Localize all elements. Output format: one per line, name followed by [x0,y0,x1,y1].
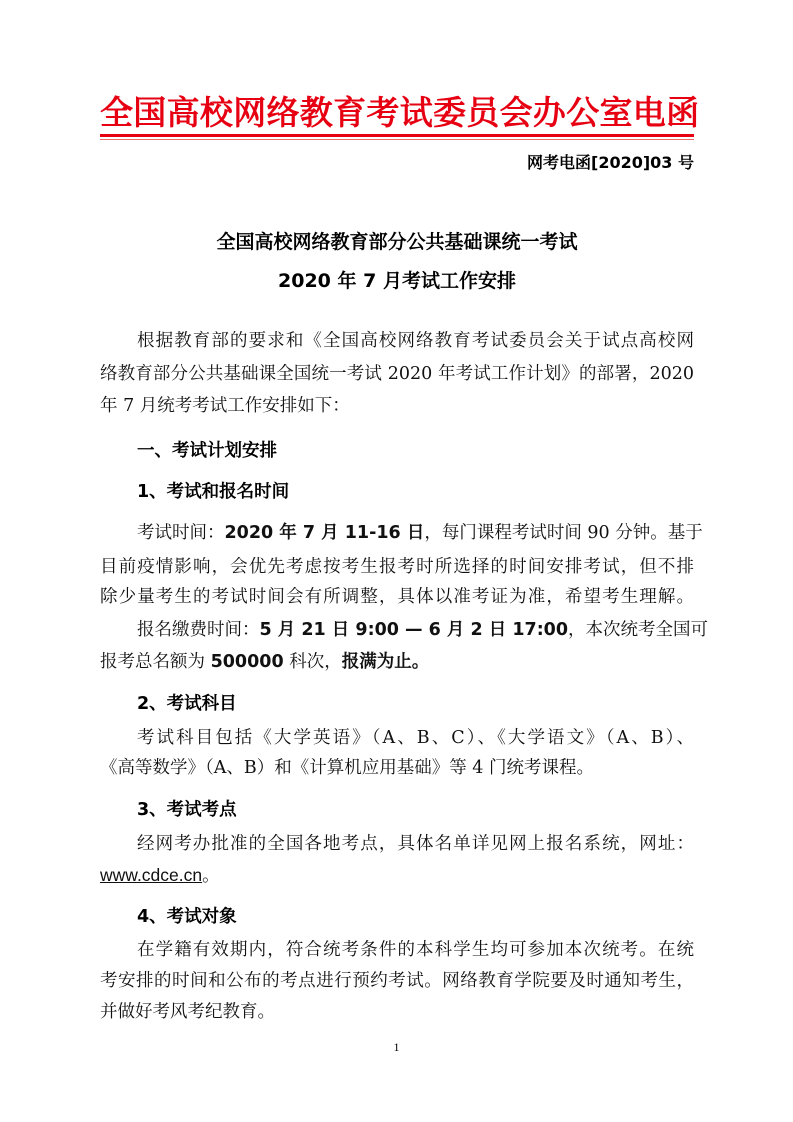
registration-quota-label: 报考总名额为 [100,652,211,672]
subsection-heading-time: 1、考试和报名时间 [137,477,289,507]
registration-line: 报名缴费时间：5 月 21 日 9:00 — 6 月 2 日 17:00，本次统… [100,615,694,645]
url-suffix: 。 [202,866,220,886]
intro-line: 根据教育部的要求和《全国高校网络教育考试委员会关于试点高校网 [100,326,694,356]
registration-label: 报名缴费时间： [137,620,260,640]
registration-text: ，本次统考全国可 [568,620,708,640]
exam-time-line: 除少量考生的考试时间会有所调整，具体以准考证为准，希望考生理解。 [100,582,694,612]
candidates-line: 并做好考风考纪教育。 [100,997,694,1027]
exam-dates: 2020 年 7 月 11-16 日 [225,523,425,543]
section-heading-plan: 一、考试计划安排 [137,436,277,466]
subsection-heading-candidates: 4、考试对象 [137,902,237,932]
intro-line: 年 7 月统考考试工作安排如下： [100,391,694,421]
letterhead-title: 全国高校网络教育考试委员会办公室电函 [100,92,694,134]
letterhead-rule-thick [100,134,694,137]
subsection-heading-locations: 3、考试考点 [137,795,237,825]
exam-time-text: ，每门课程考试时间 90 分钟。基于 [424,523,702,543]
letterhead-rule-thin [100,139,694,140]
subjects-line: 考试科目包括《大学英语》（A、B、C）、《大学语文》（A、B）、 [100,723,694,753]
registration-unit: 科次， [284,652,342,672]
subsection-heading-subjects: 2、考试科目 [137,689,237,719]
document-title-line2: 2020 年 7 月考试工作安排 [100,266,694,296]
document-number: 网考电函[2020]03 号 [527,150,694,176]
candidates-line: 考安排的时间和公布的考点进行预约考试。网络教育学院要及时通知考生， [100,966,694,996]
exam-time-line: 目前疫情影响，会优先考虑按考生报考时所选择的时间安排考试，但不排 [100,552,694,582]
registration-period: 5 月 21 日 9:00 — 6 月 2 日 17:00 [260,620,569,640]
locations-line: 经网考办批准的全国各地考点，具体名单详见网上报名系统，网址： [100,829,694,859]
locations-url-line: www.cdce.cn。 [100,860,694,890]
website-link[interactable]: www.cdce.cn [100,865,202,885]
subjects-line: 《高等数学》（A、B）和《计算机应用基础》等 4 门统考课程。 [100,753,694,783]
page-number: 1 [0,1040,793,1055]
exam-time-line: 考试时间：2020 年 7 月 11-16 日，每门课程考试时间 90 分钟。基… [100,518,694,548]
intro-line: 络教育部分公共基础课全国统一考试 2020 年考试工作计划》的部署，2020 [100,359,694,389]
document-page: 全国高校网络教育考试委员会办公室电函 网考电函[2020]03 号 全国高校网络… [0,0,793,1122]
candidates-line: 在学籍有效期内，符合统考条件的本科学生均可参加本次统考。在统 [100,935,694,965]
exam-time-label: 考试时间： [137,523,225,543]
registration-line: 报考总名额为 500000 科次，报满为止。 [100,647,694,677]
registration-note: 报满为止。 [342,652,430,672]
document-title-line1: 全国高校网络教育部分公共基础课统一考试 [100,227,694,257]
registration-quota: 500000 [211,652,284,672]
